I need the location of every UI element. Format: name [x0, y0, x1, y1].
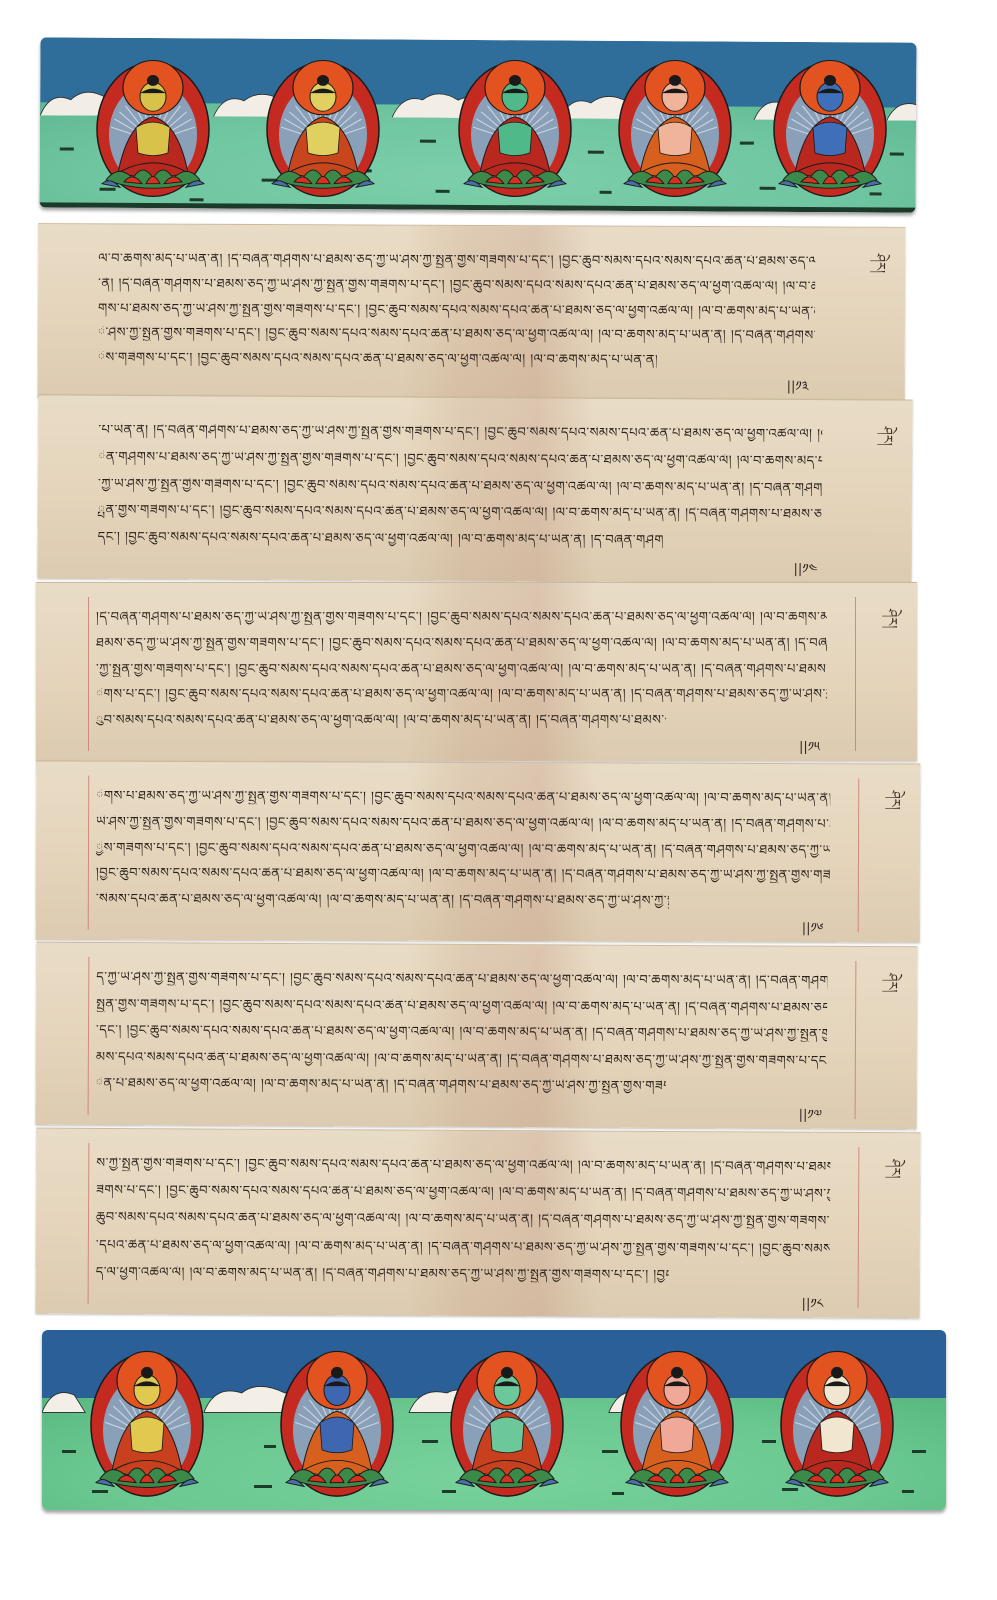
script-line: ུབ་སེམས་དཔའ་སེམས་དཔའ་ཆེན་པོ་ཐམས་ཅད་ལ་ཕྱག… [96, 714, 666, 728]
script-line: དང་། །བྱང་ཆུབ་སེམས་དཔའ་སེམས་དཔའ་ཆེན་པོ་ཐ… [98, 531, 663, 548]
folio-3: །དེ་བཞིན་གཤེགས་པ་ཐམས་ཅད་ཀྱི་ཡེ་ཤེས་ཀྱི་ས… [36, 582, 917, 761]
page-number: ||༡༨ [801, 1289, 823, 1326]
script-line: ད་ལ་ཕྱག་འཚལ་ལོ། །ལ་བ་ཆགས་མེད་པ་ཡིན་ནོ། །… [96, 1266, 669, 1283]
script-line: ྱིས་གཟིགས་པ་དང་། །བྱང་ཆུབ་སེམས་དཔའ་སེམས་… [96, 841, 830, 858]
top-cover-deity-5 [765, 46, 895, 200]
script-line: ་པ་ཡིན་ནོ། །དེ་བཞིན་གཤེགས་པ་ཐམས་ཅད་ཀྱི་ཡ… [98, 424, 822, 442]
script-block: ས་ཀྱི་སྤྱན་གྱིས་གཟིགས་པ་དང་། །བྱང་ཆུབ་སེ… [36, 1129, 921, 1319]
script-block: ལ་བ་ཆགས་མེད་པ་ཡིན་ནོ། །དེ་བཞིན་གཤེགས་པ་ཐ… [38, 224, 906, 401]
script-line: ་ཀྱི་ཡེ་ཤེས་ཀྱི་སྤྱན་གྱིས་གཟིགས་པ་དང་། །… [98, 477, 822, 495]
script-line: ིན་གཤེགས་པ་ཐམས་ཅད་ཀྱི་ཡེ་ཤེས་ཀྱི་སྤྱན་གྱ… [98, 450, 822, 468]
script-line: ཐམས་ཅད་ཀྱི་ཡེ་ཤེས་ཀྱི་སྤྱན་གྱིས་གཟིགས་པ་… [96, 637, 827, 651]
script-line: ེ་ཤེས་ཀྱི་སྤྱན་གྱིས་གཟིགས་པ་དང་། །བྱང་ཆུ… [98, 327, 815, 344]
margin-title: ཤེར། [868, 426, 905, 445]
script-line: ལ་བ་ཆགས་མེད་པ་ཡིན་ནོ། །དེ་བཞིན་གཤེགས་པ་ཐ… [98, 252, 815, 269]
bottom-cover-deity-2 [272, 1336, 402, 1500]
script-line: སྤྱན་གྱིས་གཟིགས་པ་དང་། །བྱང་ཆུབ་སེམས་དཔའ… [96, 998, 827, 1016]
script-line: ིགས་པ་དང་། །བྱང་ཆུབ་སེམས་དཔའ་སེམས་དཔའ་ཆེ… [96, 688, 827, 702]
folio-5: ད་ཀྱི་ཡེ་ཤེས་ཀྱི་སྤྱན་གྱིས་གཟིགས་པ་དང་། … [36, 942, 918, 1130]
script-block: ་པ་ཡིན་ནོ། །དེ་བཞིན་གཤེགས་པ་ཐམས་ཅད་ཀྱི་ཡ… [37, 395, 912, 583]
top-cover-deity-4 [610, 46, 740, 200]
script-line: ེན་པོ་ཐམས་ཅད་ལ་ཕྱག་འཚལ་ལོ། །ལ་བ་ཆགས་མེད་… [96, 1077, 666, 1094]
margin-title: ཤེར། [876, 1159, 913, 1178]
margin-title: ཤེར། [861, 254, 898, 273]
script-line: ེགས་པ་ཐམས་ཅད་ཀྱི་ཡེ་ཤེས་ཀྱི་སྤྱན་གྱིས་གཟ… [96, 790, 830, 807]
script-line: ཡེ་ཤེས་ཀྱི་སྤྱན་གྱིས་གཟིགས་པ་དང་། །བྱང་ཆ… [96, 815, 830, 832]
margin-title: ཤེར། [873, 609, 910, 628]
folio-6: ས་ཀྱི་སྤྱན་གྱིས་གཟིགས་པ་དང་། །བྱང་ཆུབ་སེ… [36, 1128, 921, 1319]
script-line: ་ཀྱི་སྤྱན་གྱིས་གཟིགས་པ་དང་། །བྱང་ཆུབ་སེམ… [96, 663, 827, 677]
margin-title: ཤེར། [873, 973, 910, 992]
script-line: ་དང་། །བྱང་ཆུབ་སེམས་དཔའ་སེམས་དཔའ་ཆེན་པོ་… [96, 1024, 827, 1042]
margin-title: ཤེར། [876, 790, 913, 809]
script-line: ཆུབ་སེམས་དཔའ་སེམས་དཔའ་ཆེན་པོ་ཐམས་ཅད་ལ་ཕྱ… [96, 1211, 830, 1229]
script-line: གས་པ་ཐམས་ཅད་ཀྱི་ཡེ་ཤེས་ཀྱི་སྤྱན་གྱིས་གཟི… [98, 302, 815, 319]
script-line: །བྱང་ཆུབ་སེམས་དཔའ་སེམས་དཔའ་ཆེན་པོ་ཐམས་ཅད… [96, 867, 830, 884]
script-block: ད་ཀྱི་ཡེ་ཤེས་ཀྱི་སྤྱན་གྱིས་གཟིགས་པ་དང་། … [36, 943, 918, 1130]
top-cover-deity-3 [450, 46, 580, 200]
script-line: ་ནོ། །དེ་བཞིན་གཤེགས་པ་ཐམས་ཅད་ཀྱི་ཡེ་ཤེས་… [98, 277, 815, 294]
script-line: ་དཔའ་ཆེན་པོ་ཐམས་ཅད་ལ་ཕྱག་འཚལ་ལོ། །ལ་བ་ཆག… [96, 1239, 830, 1257]
bottom-cover-deity-3 [442, 1336, 572, 1500]
folio-4: ེགས་པ་ཐམས་ཅད་ཀྱི་ཡེ་ཤེས་ཀྱི་སྤྱན་གྱིས་གཟ… [36, 760, 921, 942]
folio-2: ་པ་ཡིན་ནོ། །དེ་བཞིན་གཤེགས་པ་ཐམས་ཅད་ཀྱི་ཡ… [37, 394, 912, 583]
script-block: ེགས་པ་ཐམས་ཅད་ཀྱི་ཡེ་ཤེས་ཀྱི་སྤྱན་གྱིས་གཟ… [36, 761, 921, 942]
script-block: །དེ་བཞིན་གཤེགས་པ་ཐམས་ཅད་ཀྱི་ཡེ་ཤེས་ཀྱི་ས… [36, 583, 917, 761]
script-line: ་སེམས་དཔའ་ཆེན་པོ་ཐམས་ཅད་ལ་ཕྱག་འཚལ་ལོ། །ལ… [96, 893, 669, 909]
folio-1: ལ་བ་ཆགས་མེད་པ་ཡིན་ནོ། །དེ་བཞིན་གཤེགས་པ་ཐ… [38, 223, 906, 401]
script-line: མས་དཔའ་སེམས་དཔའ་ཆེན་པོ་ཐམས་ཅད་ལ་ཕྱག་འཚལ་… [96, 1051, 827, 1069]
script-line: ས་ཀྱི་སྤྱན་གྱིས་གཟིགས་པ་དང་། །བྱང་ཆུབ་སེ… [96, 1157, 830, 1175]
script-line: ིས་གཟིགས་པ་དང་། །བྱང་ཆུབ་སེམས་དཔའ་སེམས་ད… [98, 352, 657, 368]
top-cover-deity-2 [258, 46, 388, 200]
page-number: ||༡༦ [802, 913, 824, 950]
script-line: ད་ཀྱི་ཡེ་ཤེས་ཀྱི་སྤྱན་གྱིས་གཟིགས་པ་དང་། … [96, 971, 827, 989]
bottom-cover-deity-1 [82, 1336, 212, 1500]
bottom-cover-deity-4 [612, 1336, 742, 1500]
script-line: ྤྱན་གྱིས་གཟིགས་པ་དང་། །བྱང་ཆུབ་སེམས་དཔའ་… [98, 504, 822, 522]
script-line: ཟིགས་པ་དང་། །བྱང་ཆུབ་སེམས་དཔའ་སེམས་དཔའ་ཆ… [96, 1184, 830, 1202]
script-line: །དེ་བཞིན་གཤེགས་པ་ཐམས་ཅད་ཀྱི་ཡེ་ཤེས་ཀྱི་ས… [96, 611, 827, 625]
bottom-cover-deity-5 [772, 1336, 902, 1500]
top-cover-deity-1 [88, 46, 218, 200]
